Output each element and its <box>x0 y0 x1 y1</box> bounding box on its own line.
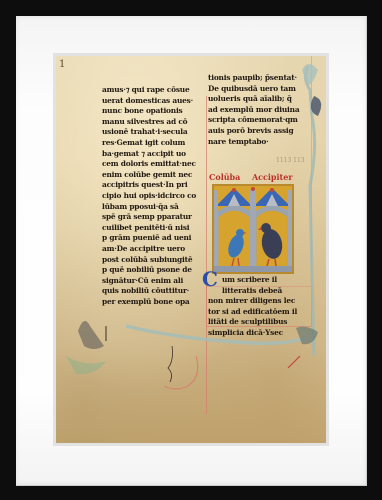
marginal-vine-decoration <box>56 56 326 443</box>
manuscript-page: 1 amus·⁊ qui rape cōsue uerat domesticas… <box>56 56 326 443</box>
